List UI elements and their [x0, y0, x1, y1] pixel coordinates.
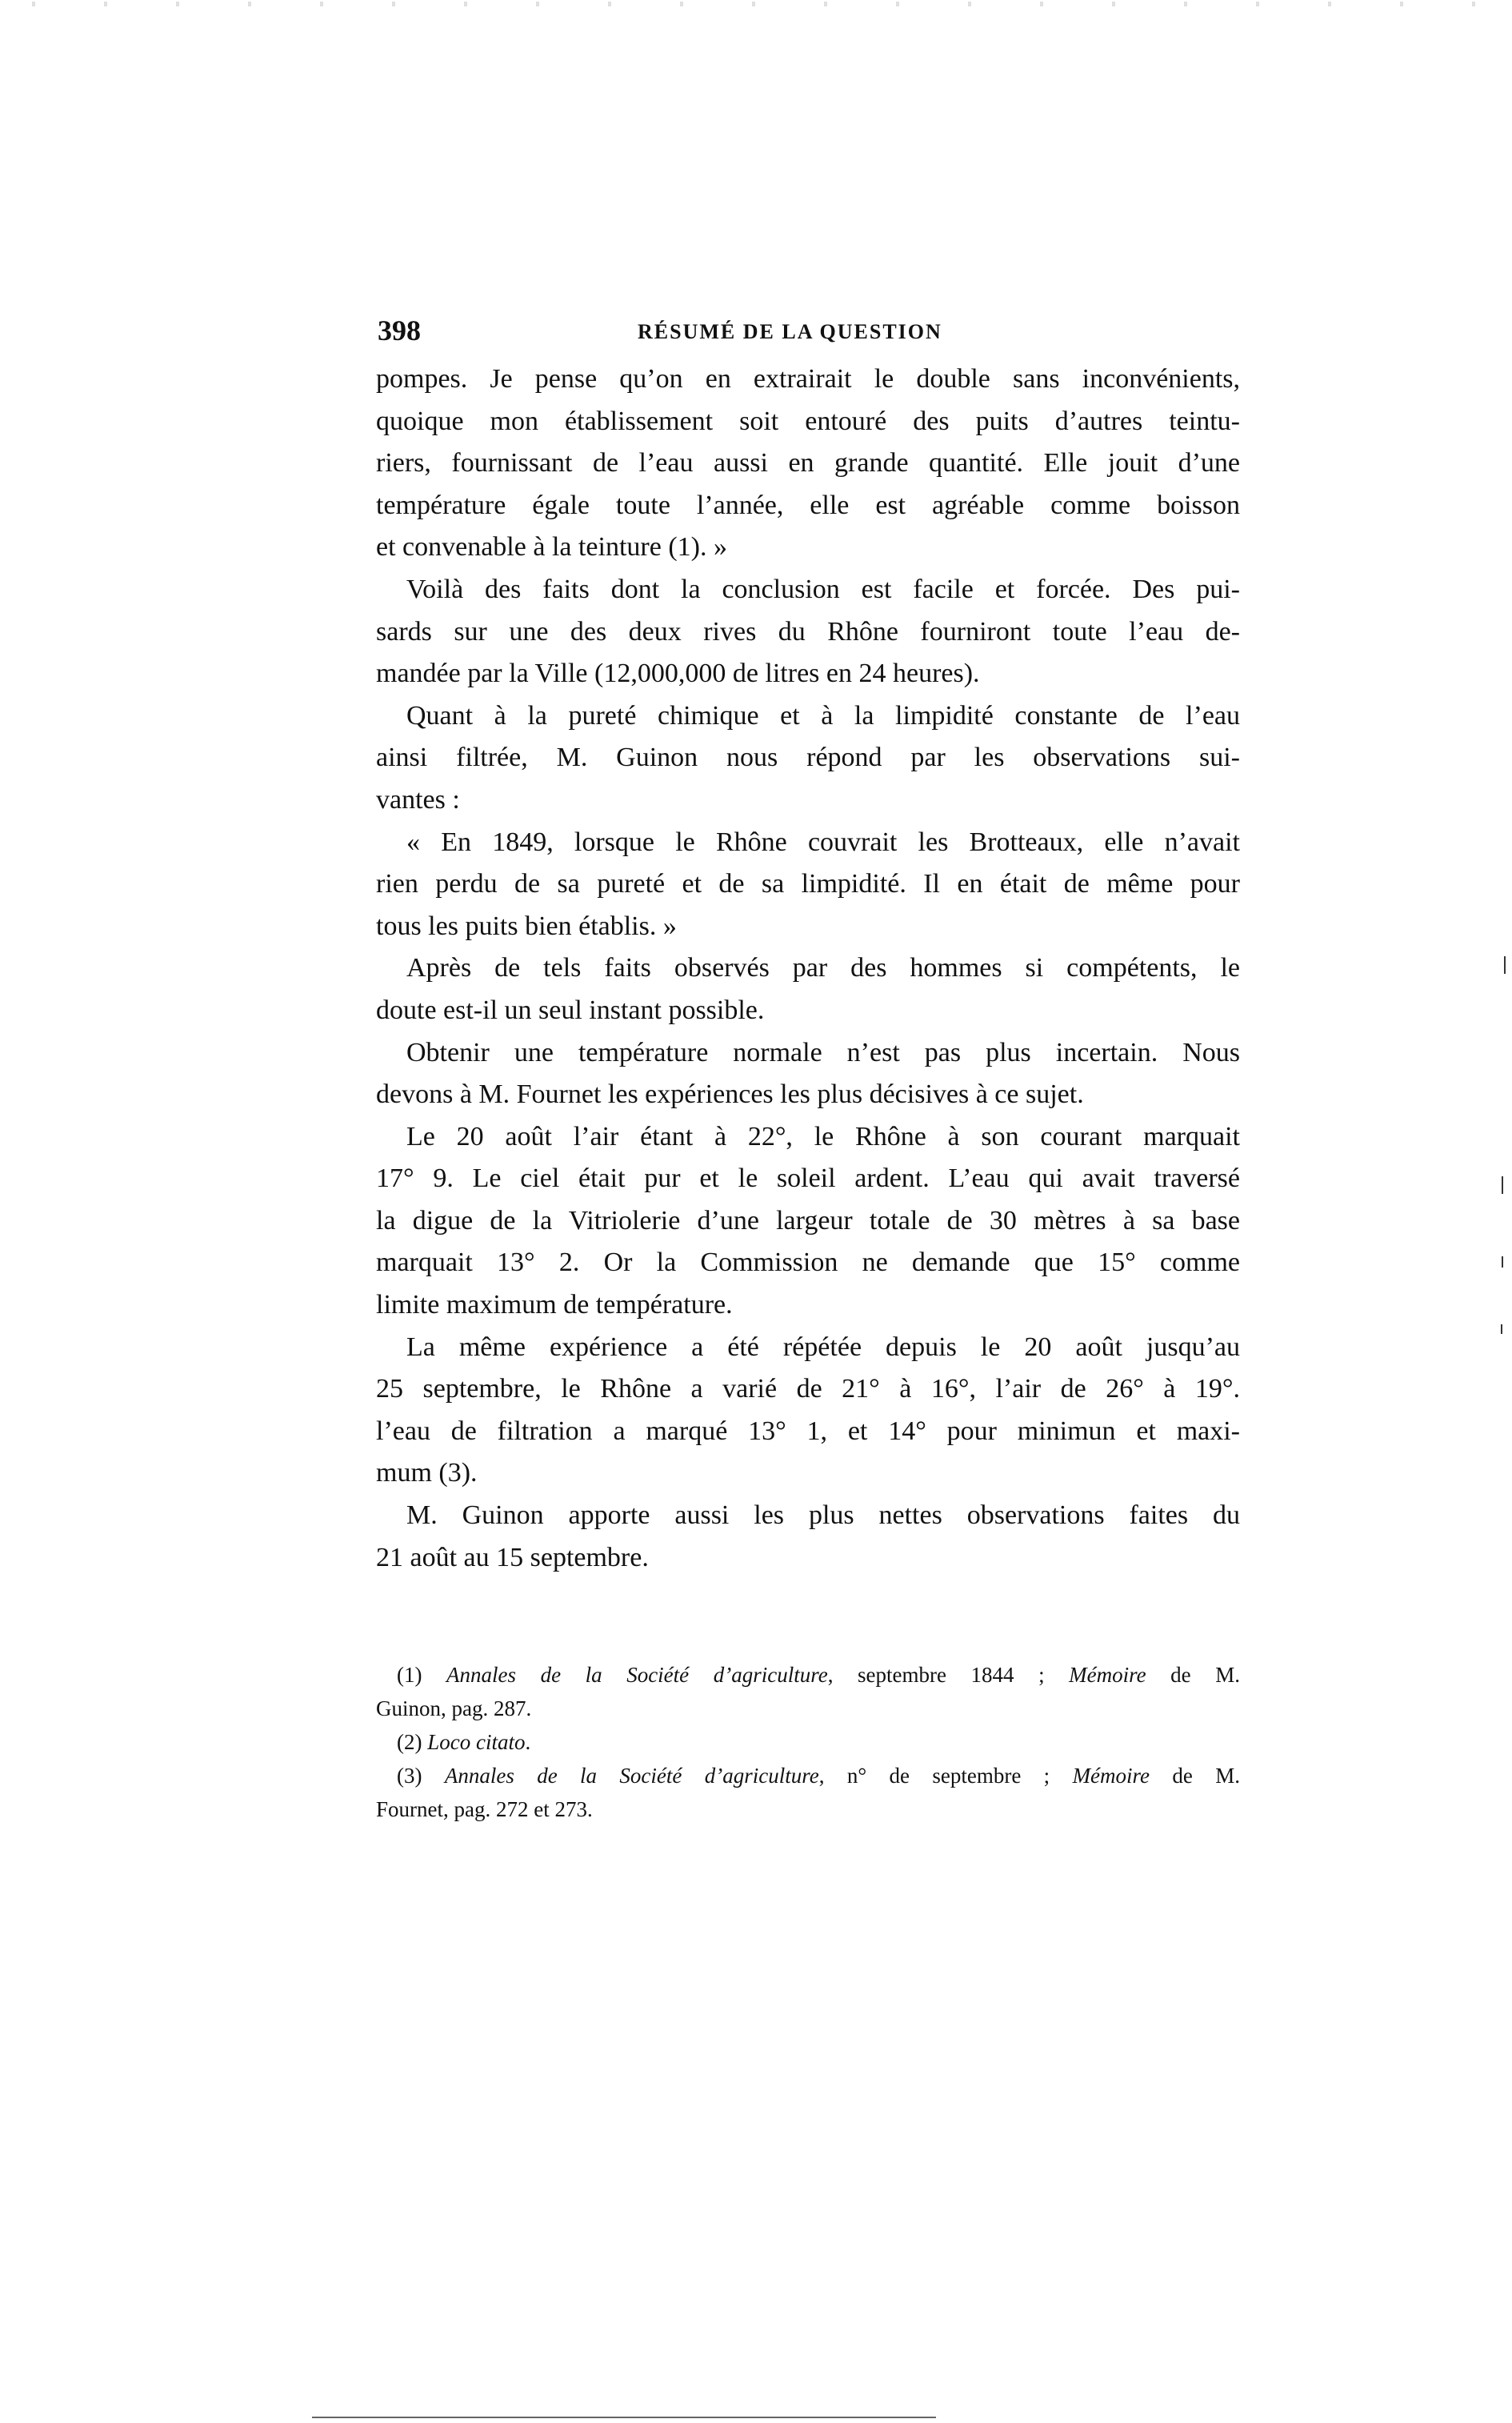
footnote-1-continuation: Guinon, pag. 287.	[376, 1692, 1240, 1725]
scan-artifact-bottom	[0, 2417, 1512, 2418]
text-line: quoique mon établissement soit entouré d…	[376, 401, 1240, 443]
text-line: sards sur une des deux rives du Rhône fo…	[376, 611, 1240, 654]
scan-mark	[1502, 1176, 1503, 1194]
book-page: 398 RÉSUMÉ DE LA QUESTION pompes. Je pen…	[0, 0, 1512, 2423]
page-number: 398	[378, 314, 421, 347]
text-line: tous les puits bien établis. »	[376, 906, 1240, 948]
text-line: la digue de la Vitriolerie d’une largeur…	[376, 1200, 1240, 1243]
text-line: Le 20 août l’air étant à 22°, le Rhône à…	[376, 1116, 1240, 1159]
text-line: 25 septembre, le Rhône a varié de 21° à …	[376, 1368, 1240, 1411]
scan-mark	[1502, 1256, 1503, 1268]
text-line: Voilà des faits dont la conclusion est f…	[376, 569, 1240, 611]
text-line: vantes :	[376, 779, 1240, 822]
text-line: rien perdu de sa pureté et de sa limpidi…	[376, 863, 1240, 906]
scan-artifact-top	[0, 2, 1512, 6]
text-line: 21 août au 15 septembre.	[376, 1537, 1240, 1580]
body-text: pompes. Je pense qu’on en extrairait le …	[376, 358, 1240, 1579]
text-line: Quant à la pureté chimique et à la limpi…	[376, 695, 1240, 738]
footnote-3: (3) Annales de la Société d’agriculture,…	[376, 1759, 1240, 1792]
text-line: devons à M. Fournet les expériences les …	[376, 1074, 1240, 1116]
text-line: ainsi filtrée, M. Guinon nous répond par…	[376, 737, 1240, 779]
text-line: Obtenir une température normale n’est pa…	[376, 1032, 1240, 1075]
text-line: M. Guinon apporte aussi les plus nettes …	[376, 1495, 1240, 1537]
text-line: et convenable à la teinture (1). »	[376, 527, 1240, 569]
page-header: 398 RÉSUMÉ DE LA QUESTION	[378, 314, 1242, 346]
text-line: Après de tels faits observés par des hom…	[376, 947, 1240, 990]
footnotes: (1) Annales de la Société d’agriculture,…	[376, 1658, 1240, 1826]
text-line: mandée par la Ville (12,000,000 de litre…	[376, 653, 1240, 695]
text-line: riers, fournissant de l’eau aussi en gra…	[376, 443, 1240, 485]
text-line: La même expérience a été répétée depuis …	[376, 1327, 1240, 1369]
scan-mark	[1504, 956, 1506, 974]
scan-mark	[1501, 1324, 1502, 1334]
running-head: RÉSUMÉ DE LA QUESTION	[638, 320, 942, 344]
text-line: pompes. Je pense qu’on en extrairait le …	[376, 358, 1240, 401]
text-line: marquait 13° 2. Or la Commission ne dema…	[376, 1242, 1240, 1284]
text-line: doute est-il un seul instant possible.	[376, 990, 1240, 1032]
text-line: température égale toute l’année, elle es…	[376, 485, 1240, 527]
text-line: « En 1849, lorsque le Rhône couvrait les…	[376, 822, 1240, 864]
text-line: l’eau de filtration a marqué 13° 1, et 1…	[376, 1411, 1240, 1453]
footnote-3-continuation: Fournet, pag. 272 et 273.	[376, 1792, 1240, 1826]
text-line: 17° 9. Le ciel était pur et le soleil ar…	[376, 1158, 1240, 1200]
text-line: mum (3).	[376, 1452, 1240, 1495]
footnote-2: (2) Loco citato.	[376, 1725, 1240, 1759]
footnote-1: (1) Annales de la Société d’agriculture,…	[376, 1658, 1240, 1692]
text-line: limite maximum de température.	[376, 1284, 1240, 1327]
